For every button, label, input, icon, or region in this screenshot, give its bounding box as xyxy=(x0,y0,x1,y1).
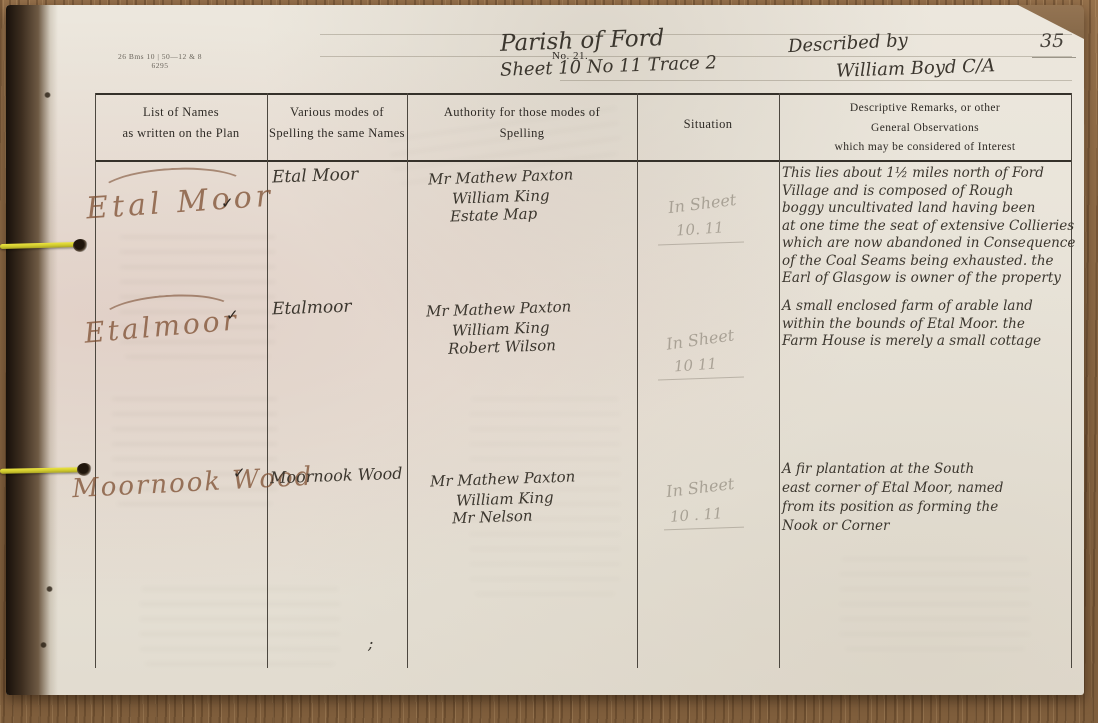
remarks-line: Village and is composed of Rough xyxy=(782,183,1072,201)
column-header-spelling-modes: Various modes of Spelling the same Names xyxy=(267,102,407,144)
header-ruled-line xyxy=(320,34,1072,35)
binding-hole xyxy=(46,586,53,592)
remarks-line: east corner of Etal Moor, named xyxy=(782,479,1072,498)
situation-numbers: 10 . 11 xyxy=(669,504,723,526)
remarks-line: This lies about 1½ miles north of Ford xyxy=(782,165,1072,183)
print-code-stamp: 26 Bms 10 | 50—12 & 8 6295 xyxy=(100,52,220,70)
remarks-line: of the Coal Seams being exhausted. the xyxy=(782,253,1072,271)
binding-hole xyxy=(44,92,51,98)
spelling-etalmoor: Etalmoor xyxy=(272,297,352,320)
remarks-line: A fir plantation at the South xyxy=(782,460,1072,479)
table-column-divider xyxy=(779,93,780,668)
authority-line: William King xyxy=(456,488,554,509)
remarks-line: within the bounds of Etal Moor. the xyxy=(782,316,1072,334)
spelling-etal-moor: Etal Moor xyxy=(272,165,359,188)
remarks-block: A small enclosed farm of arable land wit… xyxy=(782,298,1072,351)
page-number-underline xyxy=(1032,57,1076,58)
situation-numbers: 10. 11 xyxy=(675,218,724,239)
column-header-names: List of Names as written on the Plan xyxy=(95,102,267,144)
remarks-line: A small enclosed farm of arable land xyxy=(782,298,1072,316)
table-column-divider xyxy=(407,93,408,668)
table-border-left xyxy=(95,93,96,668)
checkmark: ✓ xyxy=(233,464,246,482)
situation-numbers: 10 11 xyxy=(673,355,717,376)
table-header-separator xyxy=(95,160,1072,162)
remarks-block: A fir plantation at the South east corne… xyxy=(782,460,1072,536)
column-header-line: Situation xyxy=(637,114,779,135)
column-header-line: Spelling xyxy=(407,123,637,144)
remarks-line: which are now abandoned in Consequence xyxy=(782,235,1072,253)
table-column-divider xyxy=(637,93,638,668)
column-header-remarks: Descriptive Remarks, or other General Ob… xyxy=(779,99,1071,158)
authority-line: Mr Nelson xyxy=(452,507,533,528)
page-number: 35 xyxy=(1040,30,1064,52)
authority-line: Robert Wilson xyxy=(448,336,556,358)
remarks-block: This lies about 1½ miles north of Ford V… xyxy=(782,165,1072,288)
binding-hole xyxy=(73,239,88,252)
column-header-line: Authority for those modes of xyxy=(407,102,637,123)
stamp-line: 6295 xyxy=(100,61,220,70)
binding-hole xyxy=(40,642,47,648)
remarks-line: boggy uncultivated land having been xyxy=(782,200,1072,218)
remarks-line: Farm House is merely a small cottage xyxy=(782,333,1072,351)
column-header-situation: Situation xyxy=(637,114,779,135)
column-header-line: Various modes of xyxy=(267,102,407,123)
column-header-line: Spelling the same Names xyxy=(267,123,407,144)
remarks-line: from its position as forming the xyxy=(782,498,1072,517)
column-header-line: List of Names xyxy=(95,102,267,123)
remarks-line: Earl of Glasgow is owner of the property xyxy=(782,270,1072,288)
checkmark: ✓ xyxy=(226,306,239,324)
scanned-page-photo: 26 Bms 10 | 50—12 & 8 6295 Parish of For… xyxy=(0,0,1098,723)
column-header-line: as written on the Plan xyxy=(95,123,267,144)
table-top-border xyxy=(95,93,1072,95)
header-ruled-line xyxy=(560,80,1072,81)
column-header-authority: Authority for those modes of Spelling xyxy=(407,102,637,144)
column-header-line: which may be considered of Interest xyxy=(779,138,1071,158)
stamp-line: 26 Bms 10 | 50—12 & 8 xyxy=(100,52,220,61)
authority-line: Estate Map xyxy=(450,204,538,225)
stray-ink-mark: ; xyxy=(368,634,373,653)
remarks-line: at one time the seat of extensive Collie… xyxy=(782,218,1072,236)
column-header-line: Descriptive Remarks, or other xyxy=(779,99,1071,119)
column-header-line: General Observations xyxy=(779,119,1071,139)
checkmark: ✓ xyxy=(221,194,234,212)
remarks-line: Nook or Corner xyxy=(782,517,1072,536)
